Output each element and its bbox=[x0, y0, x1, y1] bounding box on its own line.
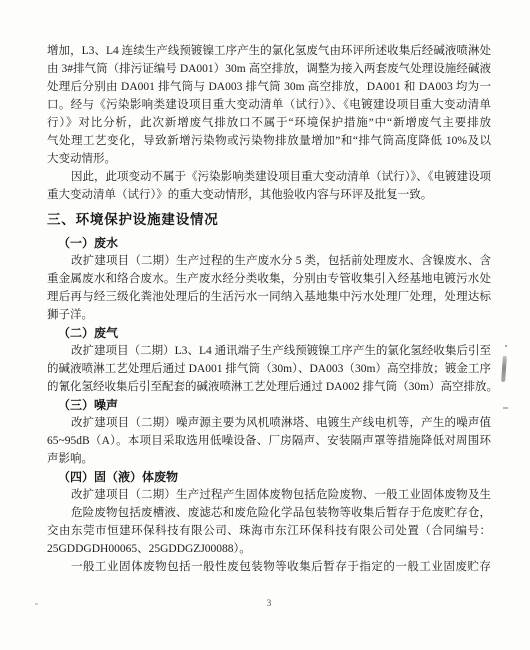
text-line: 重金属废水和络合废水。生产废水经分类收集，分别由专管收集引入经基地电镀污水处理厂… bbox=[47, 270, 491, 288]
text-line: 的氰化氢经收集后引至配套的碱液喷淋工艺处理后通过 DA002 排气筒（30m）高… bbox=[47, 378, 491, 396]
section-heading: 三、环境保护设施建设情况 bbox=[47, 210, 491, 230]
text-line: 理后再与经三级化粪池处理后的生活污水一同纳入基地集中污水处理厂处理，处理达标后排… bbox=[47, 288, 491, 306]
text-line: 狮子洋。 bbox=[47, 306, 491, 324]
text-line: 25GDDGDH00065、25GDDGZJ00088）。 bbox=[47, 540, 491, 558]
text-line: 大变动情形。 bbox=[47, 150, 491, 168]
text-line: 改扩建项目（二期）L3、L4 通讯端子生产线预镀镍工序产生的氯化氢经收集后引至配… bbox=[47, 342, 491, 360]
subsection-heading: （四）固（液）体废物 bbox=[47, 468, 491, 486]
text-line: 的碱液喷淋工艺处理后通过 DA001 排气筒（30m）、DA003（30m）高空… bbox=[47, 360, 491, 378]
subsection-heading: （二）废气 bbox=[47, 324, 491, 342]
text-line: 因此，此项变动不属于《污染影响类建设项目重大变动清单（试行）》、《电镀建设项目 bbox=[47, 168, 491, 186]
text-line: 一般工业固体废物包括一般性废包装物等收集后暂存于指定的一般工业固废贮存仓，并定 bbox=[47, 558, 491, 576]
text-line: 气处理工艺变化，导致新增污染物或污染物排放量增加”和“排气筒高度降低 10%及以… bbox=[47, 132, 491, 150]
page-number: 3 bbox=[47, 598, 491, 608]
text-line: 改扩建项目（二期）噪声源主要为风机喷淋塔、电镀生产线电机等，产生的噪声值为 bbox=[47, 414, 491, 432]
text-line: 交由东莞市恒建环保科技有限公司、珠海市东江环保科技有限公司处置（合同编号： bbox=[47, 522, 491, 540]
text-line: 行）》对比分析，此次新增废气排放口不属于“环境保护措施”中“新增废气主要排放口”… bbox=[47, 114, 491, 132]
scan-artifact-spot bbox=[503, 407, 508, 409]
text-line: 重大变动清单（试行）》的重大变动情形，其他验收内容与环评及批复一致。 bbox=[47, 186, 491, 204]
text-line: 处理后分别由 DA001 排气筒与 DA003 排气筒 30m 高空排放，DA0… bbox=[47, 78, 491, 96]
text-line: 65~95dB（A）。本项目采取选用低噪设备、厂房隔声、安装隔声罩等措施降低对周… bbox=[47, 432, 491, 450]
scan-artifact-smudge bbox=[501, 356, 507, 382]
text-line: 由 3#排气筒（排污证编号 DA001）30m 高空排放，调整为接入两套废气处理… bbox=[47, 60, 491, 78]
text-line: 危险废物包括废槽液、废滤芯和废危险化学品包装物等收集后暂存于危废贮存仓，并定期 bbox=[47, 504, 491, 522]
text-line: 声影响。 bbox=[47, 450, 491, 468]
text-line: 增加，L3、L4 连续生产线预镀镍工序产生的氯化氢废气由环评所述收集后经碱液喷淋… bbox=[47, 42, 491, 60]
text-line: 改扩建项目（二期）生产过程的生产废水分 5 类，包括前处理废水、含镍废水、含氰废… bbox=[47, 252, 491, 270]
subsection-heading: （三）噪声 bbox=[47, 396, 491, 414]
scan-artifact-spot bbox=[35, 603, 38, 605]
text-line: 口。经与《污染影响类建设项目重大变动清单（试行）》、《电镀建设项目重大变动清单（… bbox=[47, 96, 491, 114]
text-line: 改扩建项目（二期）生产过程产生固体废物包括危险废物、一般工业固体废物及生活垃圾。 bbox=[47, 486, 491, 504]
document-body: 增加，L3、L4 连续生产线预镀镍工序产生的氯化氢废气由环评所述收集后经碱液喷淋… bbox=[47, 42, 491, 576]
subsection-heading: （一）废水 bbox=[47, 234, 491, 252]
scanned-document-page: 增加，L3、L4 连续生产线预镀镍工序产生的氯化氢废气由环评所述收集后经碱液喷淋… bbox=[0, 0, 530, 650]
scan-artifact-spot bbox=[505, 345, 507, 347]
